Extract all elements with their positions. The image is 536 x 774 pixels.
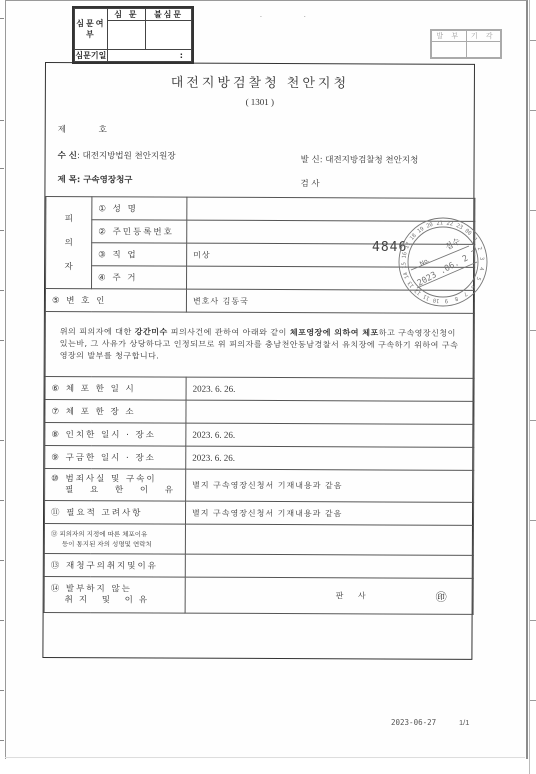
arrest-place-value[interactable]	[186, 400, 474, 424]
detention-value[interactable]: 2023. 6. 26.	[186, 446, 474, 470]
svg-text:10: 10	[432, 296, 440, 303]
reject-cell[interactable]	[466, 42, 501, 58]
considerations-value[interactable]: 별지 구속영장신청서 기재내용과 같음	[185, 501, 473, 525]
page-indicator: 1/1	[459, 718, 469, 727]
scan-edge-right	[529, 0, 536, 774]
detail-row-considerations: ⑪ 필요적 고려사항 별지 구속영장신청서 기재내용과 같음	[44, 501, 473, 526]
agency-code: ( 1301 )	[46, 96, 474, 108]
suspect-occupation-label: ③ 직 업	[92, 243, 187, 266]
judge-label: 판 사	[336, 590, 372, 601]
detail-row-custody: ⑧ 인치한 일시 · 장소 2023. 6. 26.	[45, 423, 474, 448]
detail-row-crime-reason: ⑩ 범죄사실 및 구속이필 요 한 이 유 별지 구속영장신청서 기재내용과 같…	[45, 469, 474, 503]
detail-row-rerequest: ⑬ 재청구의취지및이유	[44, 554, 473, 579]
interrogation-date-value[interactable]: :	[107, 50, 191, 62]
interrogation-box: 심문여부 심 문 불심문 심문기일 :	[72, 6, 194, 64]
request-paragraph-row: 위의 피의자에 대한 강간미수 피의사건에 관하여 아래와 같이 체포영장에 의…	[45, 312, 474, 379]
page-bottom-edge	[5, 757, 525, 758]
svg-text:접수: 접수	[443, 236, 462, 252]
detail-row-arrest-time: ⑥ 체 포 한 일 시 2023. 6. 26.	[45, 377, 474, 402]
arrest-place-label: ⑦ 체 포 한 장 소	[45, 400, 186, 424]
svg-text:4: 4	[478, 267, 485, 272]
recipient: 수 신: 대전지방법원 천안지원장	[58, 149, 176, 162]
col-reject: 기 각	[466, 31, 501, 42]
sender: 발 신: 대전지방검찰청 천안지청	[301, 153, 419, 166]
not-issued-label: ⑭ 발부하지 않는취지 및 이유	[44, 577, 185, 614]
request-paragraph: 위의 피의자에 대한 강간미수 피의사건에 관하여 아래와 같이 체포영장에 의…	[45, 312, 474, 379]
interrogation-date-label: 심문기일	[75, 50, 108, 62]
interrogation-label: 심문여부	[75, 9, 108, 50]
approval-box: 발 부 기 각	[430, 29, 502, 59]
issue-cell[interactable]	[432, 42, 467, 58]
interrogated-cell[interactable]	[107, 21, 145, 50]
prosecutor: 검 사	[300, 177, 319, 189]
svg-text:8: 8	[454, 295, 459, 302]
suspect-rrn-label: ② 주민등록번호	[92, 220, 187, 243]
col-issue: 발 부	[432, 31, 467, 42]
col-not-interrogated: 불심문	[146, 9, 192, 21]
scan-specks: · ·	[260, 14, 326, 21]
svg-text:12: 12	[414, 287, 423, 296]
svg-text:13: 13	[407, 280, 416, 289]
arrest-time-label: ⑥ 체 포 한 일 시	[45, 377, 186, 401]
suspect-address-label: ④ 주 거	[92, 266, 187, 289]
detention-label: ⑨ 구금한 일시 · 장소	[45, 446, 186, 470]
custody-label: ⑧ 인치한 일시 · 장소	[45, 423, 186, 447]
lawyer-label: ⑤ 변 호 인	[45, 289, 186, 313]
crime-reason-value[interactable]: 별지 구속영장신청서 기재내용과 같음	[186, 469, 474, 502]
rerequest-label: ⑬ 재청구의취지및이유	[44, 554, 185, 578]
doc-number: 제 호	[58, 123, 107, 135]
subject: 제 목: 구속영장청구	[57, 173, 132, 185]
warrant-request-form: 대전지방검찰청 천안지청 ( 1301 ) 제 호 수 신: 대전지방법원 천안…	[42, 62, 475, 660]
svg-text:18: 18	[409, 233, 418, 242]
notified-person-value[interactable]	[185, 524, 473, 555]
detail-row-arrest-place: ⑦ 체 포 한 장 소	[45, 400, 474, 425]
scan-edge-left	[0, 0, 4, 774]
svg-text:No.: No.	[419, 257, 431, 268]
arrest-time-value[interactable]: 2023. 6. 26.	[186, 377, 474, 401]
suspect-name-label: ① 성 명	[92, 197, 187, 220]
svg-text:21: 21	[436, 220, 443, 227]
svg-text:9: 9	[444, 297, 448, 303]
notified-person-label: ⑫ 피의자의 지정에 따른 체포이유등이 통지된 자의 성명및 연락처	[44, 524, 185, 555]
detail-row-notified-person: ⑫ 피의자의 지정에 따른 체포이유등이 통지된 자의 성명및 연락처	[44, 524, 473, 556]
svg-text:5: 5	[474, 276, 481, 282]
rerequest-value[interactable]	[185, 554, 473, 578]
considerations-label: ⑪ 필요적 고려사항	[44, 501, 185, 525]
detail-row-not-issued: ⑭ 발부하지 않는취지 및 이유 판 사 ㊞	[44, 577, 473, 615]
detail-row-detention: ⑨ 구금한 일시 · 장소 2023. 6. 26.	[45, 446, 474, 471]
crime-reason-label: ⑩ 범죄사실 및 구속이필 요 한 이 유	[45, 469, 186, 502]
print-date: 2023-06-27	[391, 718, 436, 727]
custody-value[interactable]: 2023. 6. 26.	[186, 423, 474, 447]
svg-text:00: 00	[463, 228, 472, 237]
svg-text:22: 22	[446, 221, 454, 228]
suspect-side-label: 피의자	[46, 197, 92, 289]
svg-text:2: 2	[476, 246, 483, 251]
receipt-stamp-icon: 141516171819202122230012345678910111213 …	[397, 216, 489, 308]
col-interrogated: 심 문	[107, 9, 145, 21]
judge-signature-cell[interactable]: 판 사 ㊞	[185, 577, 473, 614]
not-interrogated-cell[interactable]	[146, 21, 192, 50]
svg-text:19: 19	[416, 226, 425, 235]
agency-title: 대전지방검찰청 천안지청	[46, 71, 474, 92]
svg-text:16: 16	[402, 251, 409, 259]
svg-text:15: 15	[401, 262, 408, 269]
seal-mark: ㊞	[436, 589, 448, 605]
